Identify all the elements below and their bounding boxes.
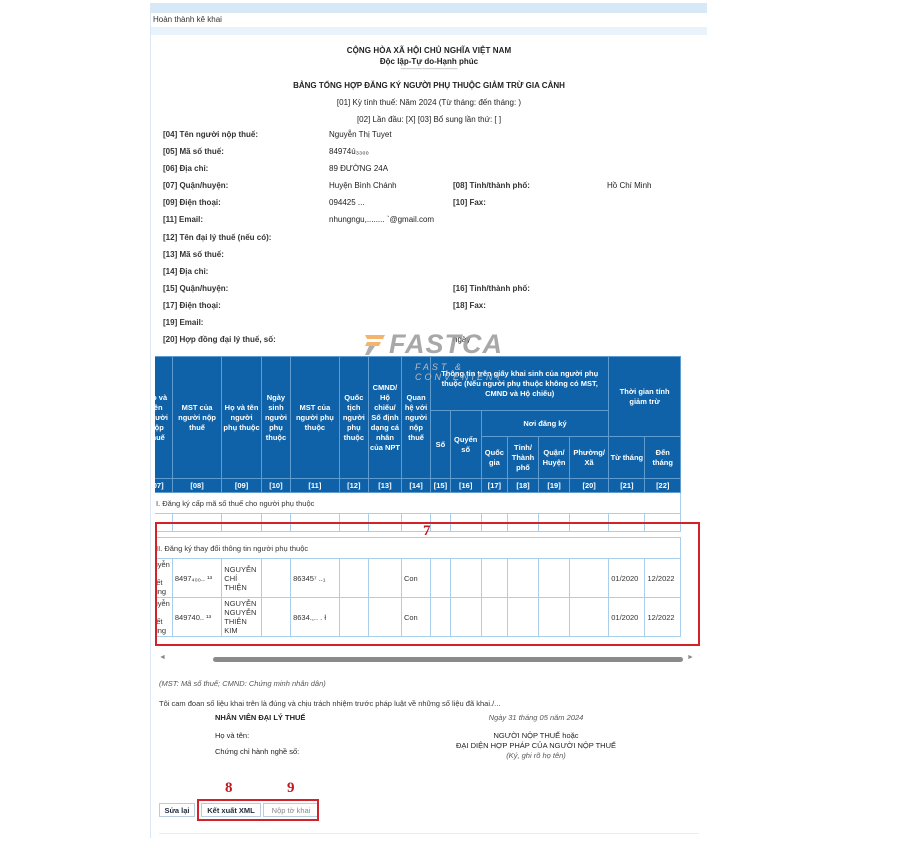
col-header-ward: Phường/ Xã [570,437,609,479]
column-code: [19] [539,479,570,493]
scroll-right-icon[interactable]: ► [687,654,694,661]
agent-fax-label: [18] Fax: [453,301,486,310]
taxpayer-email-label: [11] Email: [163,215,203,224]
col-header-nationality: Quốc tịch người phụ thuộc [339,357,368,479]
col-header-relation: Quan hệ với người nộp thuế [401,357,430,479]
column-code: [18] [508,479,539,493]
agent-email-label: [19] Email: [163,318,203,327]
column-code: [16] [450,479,481,493]
signer-note: (Ký, ghi rõ họ tên) [411,751,661,760]
column-code: [07] [155,479,172,493]
top-bar [151,3,707,13]
col-header-to-month: Đến tháng [645,437,681,479]
taxpayer-province-label: [08] Tỉnh/thành phố: [453,181,530,190]
col-header-taxpayer-tin: MST của người nộp thuế [172,357,221,479]
signer-line-2: ĐẠI DIỆN HỢP PHÁP CỦA NGƯỜI NỘP THUẾ [411,741,661,750]
column-code: [15] [431,479,450,493]
annotation-marker-8: 8 [225,780,233,797]
col-header-cert-book: Quyển số [450,411,481,479]
country-heading: CỘNG HÒA XÃ HỘI CHỦ NGHĨA VIỆT NAM [151,46,707,55]
col-header-dependent-name: Họ và tên người phụ thuộc [222,357,262,479]
column-code: [12] [339,479,368,493]
column-code: [14] [401,479,430,493]
taxpayer-fax-label: [10] Fax: [453,198,486,207]
tax-period: [01] Kỳ tính thuế: Năm 2024 (Từ tháng: đ… [151,98,707,107]
column-codes-row: [07][08][09][10][11][12][13][14][15][16]… [155,479,681,493]
col-header-country: Quốc gia [481,437,507,479]
signer-line-1: NGƯỜI NỘP THUẾ hoặc [411,731,661,740]
annotation-marker-7: 7 [423,523,431,540]
col-header-registration-place: Nơi đăng ký [481,411,608,437]
agent-tin-label: [13] Mã số thuế: [163,250,224,259]
buttons-highlight [197,799,319,821]
col-header-dependent-tin: MST của người phụ thuộc [291,357,340,479]
column-code: [11] [291,479,340,493]
scrollbar-thumb[interactable] [213,657,683,662]
col-header-birth-cert-group: Thông tin trên giấy khai sinh của người … [431,357,609,411]
section-new-row: I. Đăng ký cấp mã số thuế cho người phụ … [155,493,681,514]
submission-type: [02] Lần đầu: [X] [03] Bổ sung lần thứ: … [151,115,707,124]
column-code: [09] [222,479,262,493]
agent-name-field-label: Họ và tên: [215,731,249,740]
form-title: BẢNG TỔNG HỢP ĐĂNG KÝ NGƯỜI PHỤ THUỘC GI… [151,81,707,90]
annotation-marker-9: 9 [287,780,295,797]
col-header-id-number: CMND/ Hộ chiếu/ Số định dạng cá nhân của… [368,357,401,479]
section-new-title: I. Đăng ký cấp mã số thuế cho người phụ … [155,493,681,514]
column-code: [08] [172,479,221,493]
column-code: [20] [570,479,609,493]
taxpayer-tin-value: 84974ú₃₃₀₀ [329,147,369,156]
change-section-highlight [155,522,700,646]
column-code: [13] [368,479,401,493]
fastca-logo-icon [361,333,387,355]
declaration-page: Hoàn thành kê khai CỘNG HÒA XÃ HỘI CHỦ N… [150,3,707,838]
heading-divider: ------------------------------- [151,66,707,73]
agent-staff-title: NHÂN VIÊN ĐẠI LÝ THUẾ [215,713,305,722]
column-code: [10] [261,479,290,493]
column-code: [21] [609,479,645,493]
agent-contract-label: [20] Hợp đồng đại lý thuế, số: [163,335,276,344]
col-header-cert-number: Số [431,411,450,479]
col-header-district: Quận/ Huyện [539,437,570,479]
bottom-divider [159,833,699,834]
col-header-dob: Ngày sinh người phụ thuộc [261,357,290,479]
abbreviation-note: (MST: Mã số thuế; CMND: Chứng minh nhân … [159,679,326,688]
pledge-statement: Tôi cam đoan số liệu khai trên là đúng v… [159,699,500,708]
taxpayer-name-label: [04] Tên người nộp thuế: [163,130,258,139]
agent-cert-field-label: Chứng chỉ hành nghề số: [215,747,299,756]
edit-button[interactable]: Sửa lại [159,803,195,817]
column-code: [17] [481,479,507,493]
signature-date: Ngày 31 tháng 05 năm 2024 [411,713,661,722]
taxpayer-name-value: Nguyễn Thị Tuyet [329,130,392,139]
taxpayer-district-value: Huyện Bình Chánh [329,181,397,190]
taxpayer-address-value: 89 ĐƯỜNG 24A [329,164,388,173]
col-header-province: Tỉnh/ Thành phố [508,437,539,479]
col-header-deduction-period: Thời gian tính giảm trừ [609,357,681,437]
taxpayer-province-value: Hồ Chí Minh [607,181,651,190]
sub-bar [151,27,707,35]
taxpayer-address-label: [06] Địa chỉ: [163,164,208,173]
taxpayer-phone-label: [09] Điện thoại: [163,198,221,207]
agent-province-label: [16] Tỉnh/thành phố: [453,284,530,293]
horizontal-scrollbar[interactable]: ◄ ► [155,654,695,664]
taxpayer-tin-label: [05] Mã số thuế: [163,147,224,156]
taxpayer-district-label: [07] Quận/huyện: [163,181,228,190]
column-code: [22] [645,479,681,493]
taxpayer-email-value: nhungngu,........ `@gmail.com [329,215,434,224]
motto: Độc lập-Tự do-Hạnh phúc [151,57,707,66]
window-title: Hoàn thành kê khai [151,13,707,27]
col-header-from-month: Từ tháng [609,437,645,479]
agent-district-label: [15] Quận/huyện: [163,284,228,293]
agent-name-label: [12] Tên đại lý thuế (nếu có): [163,233,271,242]
scroll-left-icon[interactable]: ◄ [159,654,166,661]
agent-address-label: [14] Địa chỉ: [163,267,208,276]
agent-contract-date-label: ngày [453,335,470,344]
agent-phone-label: [17] Điện thoại: [163,301,221,310]
col-header-taxpayer-name: Họ và tên người nộp thuế [155,357,172,479]
fastca-watermark: FASTCA FAST & CONVENIENT [359,329,549,359]
taxpayer-phone-value: 094425 ... [329,198,365,207]
